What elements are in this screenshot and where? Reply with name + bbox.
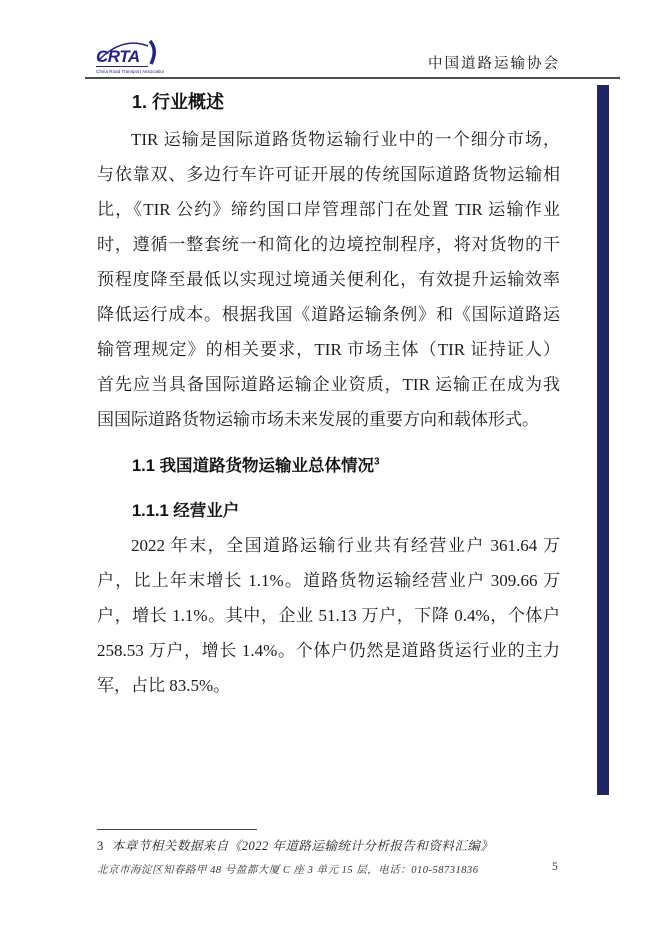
paragraph-line: 预程度降至最低以实现过境通关便利化，有效提升运输效率 [97, 262, 560, 297]
logo-divider [96, 66, 148, 67]
paragraph-line: 军，占比 83.5%。 [97, 668, 560, 703]
paragraph-line: 258.53 万户，增长 1.4%。个体户仍然是道路货运行业的主力 [97, 633, 560, 668]
crta-logo-graphic: CRTA China Road Transport Association [94, 40, 164, 80]
section-1-1-heading: 1.1 我国道路货物运输业总体情况3 [132, 452, 380, 476]
paragraph-line: 比，《TIR 公约》缔约国口岸管理部门在处置 TIR 运输作业 [97, 192, 560, 227]
section-1-heading: 1. 行业概述 [132, 88, 224, 114]
logo-tagline: China Road Transport Association [96, 69, 164, 74]
header-org-name: 中国道路运输协会 [428, 52, 560, 73]
footnote-marker: 3 [97, 839, 104, 853]
paragraph-tir-overview: TIR 运输是国际道路货物运输行业中的一个细分市场， 与依靠双、多边行车许可证开… [97, 122, 560, 437]
footnote-reference[interactable]: 3 [374, 457, 380, 468]
paragraph-line: 首先应当具备国际道路运输企业资质，TIR 运输正在成为我 [97, 367, 560, 402]
scrollbar-thumb[interactable] [597, 85, 609, 795]
crta-logo: CRTA China Road Transport Association [94, 40, 164, 80]
paragraph-operator-stats: 2022 年末，全国道路运输行业共有经营业户 361.64 万 户，比上年末增长… [97, 528, 560, 703]
footnote-text: 本章节相关数据来自《2022 年道路运输统计分析报告和资料汇编》 [112, 839, 494, 853]
header-rule [85, 77, 620, 79]
page-number: 5 [552, 861, 558, 873]
paragraph-line: 2022 年末，全国道路运输行业共有经营业户 361.64 万 [97, 528, 560, 563]
paragraph-line: TIR 运输是国际道路货物运输行业中的一个细分市场， [97, 122, 560, 157]
logo-acronym: CRTA [96, 47, 140, 66]
document-page: { "header": { "logo": { "acronym": "CRTA… [0, 0, 660, 934]
paragraph-line: 降低运行成本。根据我国《道路运输条例》和《国际道路运 [97, 297, 560, 332]
section-1-1-title: 1.1 我国道路货物运输业总体情况 [132, 457, 374, 475]
paragraph-line: 时，遵循一整套统一和简化的边境控制程序，将对货物的干 [97, 227, 560, 262]
paragraph-line: 输管理规定》的相关要求，TIR 市场主体（TIR 证持证人） [97, 332, 560, 367]
paragraph-line: 国国际道路货物运输市场未来发展的重要方向和载体形式。 [97, 402, 560, 437]
paragraph-line: 户，增长 1.1%。其中，企业 51.13 万户，下降 0.4%，个体户 [97, 598, 560, 633]
paragraph-line: 与依靠双、多边行车许可证开展的传统国际道路货物运输相 [97, 157, 560, 192]
footnote: 3本章节相关数据来自《2022 年道路运输统计分析报告和资料汇编》 [97, 836, 567, 854]
logo-swoosh [150, 41, 154, 64]
footnote-separator [97, 829, 257, 830]
footer-address: 北京市海淀区知春路甲 48 号盈都大厦 C 座 3 单元 15 层，电话：010… [97, 862, 479, 877]
paragraph-line: 户，比上年末增长 1.1%。道路货物运输经营业户 309.66 万 [97, 563, 560, 598]
section-1-1-1-heading: 1.1.1 经营业户 [132, 497, 239, 521]
